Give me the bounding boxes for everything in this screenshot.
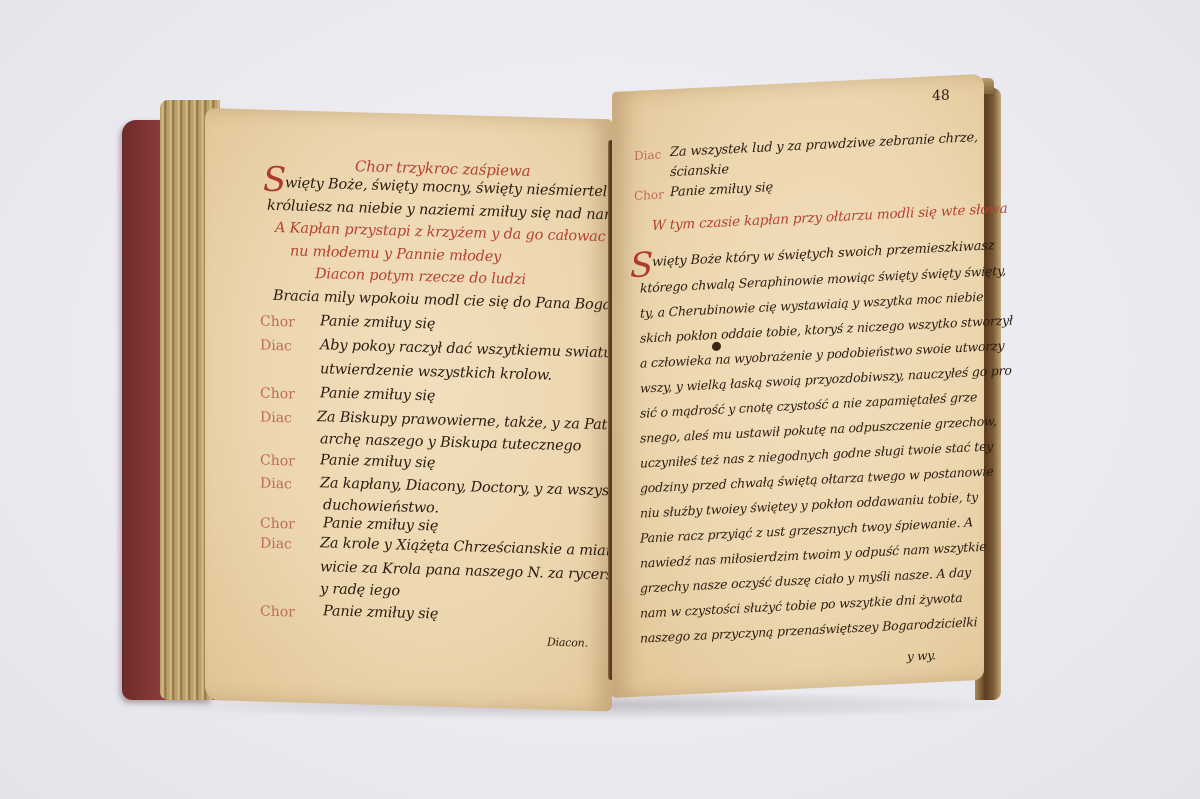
dialogue-line: Za Biskupy prawowierne, także, y za Patr… (317, 409, 623, 434)
left-line: króluiesz na niebie y naziemi zmiłuy się… (267, 198, 622, 224)
catchword: Diacon. (547, 636, 588, 650)
speaker-label: Diac (260, 338, 292, 355)
dialogue-line: utwierdzenie wszystkich krolow. (320, 361, 552, 383)
dialogue-line: y radę iego (320, 581, 400, 599)
dialogue-line: Za wszystek lud y za prawdziwe zebranie … (670, 130, 978, 160)
left-heading: Chor trzykroc zaśpiewa (355, 157, 530, 180)
catchword: y wy. (907, 648, 936, 663)
speaker-label: Diac (260, 476, 292, 493)
photo-scene: Chor trzykroc zaśpiewa S więty Boże, świ… (0, 0, 1200, 799)
right-rubric: W tym czasie kapłan przy ołtarzu modli s… (652, 201, 1007, 234)
left-drop-cap: S (263, 165, 286, 196)
left-rubric: nu młodemu y Pannie młodey (290, 243, 501, 265)
left-rubric: A Kapłan przystapi z krzyżem y da go cał… (275, 220, 627, 246)
dialogue-line: duchowieństwo. (323, 497, 439, 516)
right-line: nam w czystości służyć tobie po wszytkie… (640, 590, 962, 621)
speaker-label: Chor (634, 187, 664, 202)
speaker-label: Diac (260, 536, 292, 553)
left-line: Bracia mily wpokoiu modl cie się do Pana… (273, 288, 611, 313)
speaker-label: Chor (260, 314, 295, 331)
speaker-label: Diac (634, 148, 661, 163)
dialogue-line: Za krole y Xiążęta Chrześcianskie a mian… (320, 535, 623, 559)
left-rubric: Diacon potym rzecze do ludzi (315, 266, 526, 288)
speaker-label: Chor (260, 516, 295, 533)
speaker-label: Chor (260, 453, 295, 470)
dialogue-line: Aby pokoy raczył dać wszytkiemu swiatu y (320, 337, 625, 362)
dialogue-line: archę naszego y Biskupa tutecznego (320, 431, 581, 454)
dialogue-line: Panie zmiłuy się (323, 515, 438, 534)
ink-stain (712, 342, 721, 351)
dialogue-line: Panie zmiłuy się (670, 180, 773, 200)
dialogue-line: Panie zmiłuy się (320, 452, 435, 471)
speaker-label: Diac (260, 410, 292, 427)
page-number: 48 (932, 87, 950, 104)
speaker-label: Chor (260, 386, 295, 403)
dialogue-line: Panie zmiłuy się (320, 313, 435, 332)
dialogue-line: wicie za Krola pana naszego N. za rycers… (320, 559, 640, 584)
speaker-label: Chor (260, 604, 295, 621)
dialogue-line: ścianskie (670, 162, 729, 180)
dialogue-line: Za kapłany, Diacony, Doctory, y za wszys… (320, 475, 632, 500)
right-page: 48 Diac Za wszystek lud y za prawdziwe z… (612, 74, 984, 698)
right-drop-cap: S (630, 250, 653, 281)
right-line: naszego za przyczyną przenaświętszey Bog… (640, 614, 977, 646)
dialogue-line: Panie zmiłuy się (320, 385, 435, 404)
left-page: Chor trzykroc zaśpiewa S więty Boże, świ… (205, 108, 612, 711)
dialogue-line: Panie zmiłuy się (323, 603, 438, 622)
